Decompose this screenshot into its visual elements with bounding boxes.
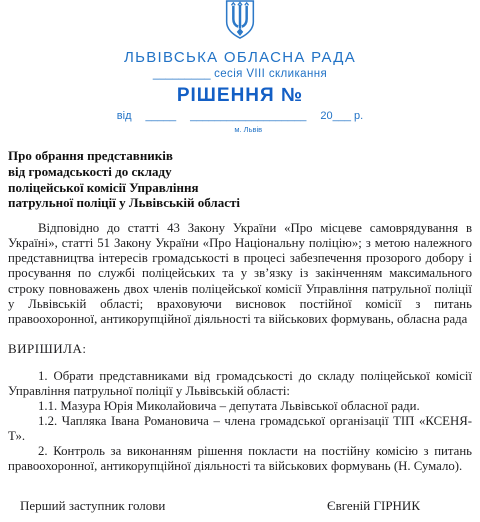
date-line: від _____ ___________________ м. Львів 2…	[0, 110, 480, 136]
decision-document-page: ЛЬВІВСЬКА ОБЛАСНА РАДА _________ сесія V…	[0, 0, 480, 522]
date-month-blank-with-city: ___________________ м. Львів	[190, 110, 306, 136]
resolution-item-1-2: 1.2. Чапляка Івана Романовича – члена гр…	[8, 414, 472, 444]
date-word: від	[117, 110, 132, 123]
resolution-item-2: 2. Контроль за виконанням рішення поклас…	[8, 444, 472, 474]
signer-position: Перший заступник голови	[20, 498, 165, 514]
letterhead: ЛЬВІВСЬКА ОБЛАСНА РАДА _________ сесія V…	[0, 0, 480, 136]
subject-block: Про обрання представників від громадсько…	[8, 148, 472, 211]
city-label: м. Львів	[234, 123, 262, 136]
resolution-item-1-1: 1.1. Мазура Юрія Миколайовича – депутата…	[8, 399, 472, 414]
council-name: ЛЬВІВСЬКА ОБЛАСНА РАДА	[0, 49, 480, 66]
resolution-item-1: 1. Обрати представниками від громадськос…	[8, 369, 472, 399]
session-label: сесія VIII скликання	[214, 68, 327, 80]
session-line: _________ сесія VIII скликання	[0, 68, 480, 80]
resolution-items: 1. Обрати представниками від громадськос…	[8, 369, 472, 475]
preamble-paragraph: Відповідно до статті 43 Закону України «…	[8, 221, 472, 327]
date-month-blank: ___________________	[190, 110, 306, 123]
subject-line: від громадськості до складу	[8, 164, 472, 180]
ukraine-trident-emblem	[0, 0, 480, 40]
resolution-heading: ВИРІШИЛА:	[8, 341, 472, 357]
date-day-blank: _____	[146, 110, 177, 123]
signature-row: Перший заступник голови Євгеній ГІРНИК	[0, 498, 480, 514]
trident-icon	[219, 0, 261, 40]
signer-name: Євгеній ГІРНИК	[327, 498, 420, 514]
subject-line: Про обрання представників	[8, 148, 472, 164]
subject-line: патрульної поліції у Львівській області	[8, 195, 472, 211]
year-text: 20___ р.	[320, 110, 363, 123]
subject-line: поліцейської комісії Управління	[8, 180, 472, 196]
session-number-blank: _________	[153, 68, 211, 80]
decision-title: РІШЕННЯ №	[0, 85, 480, 107]
document-body: Про обрання представників від громадсько…	[8, 148, 472, 475]
